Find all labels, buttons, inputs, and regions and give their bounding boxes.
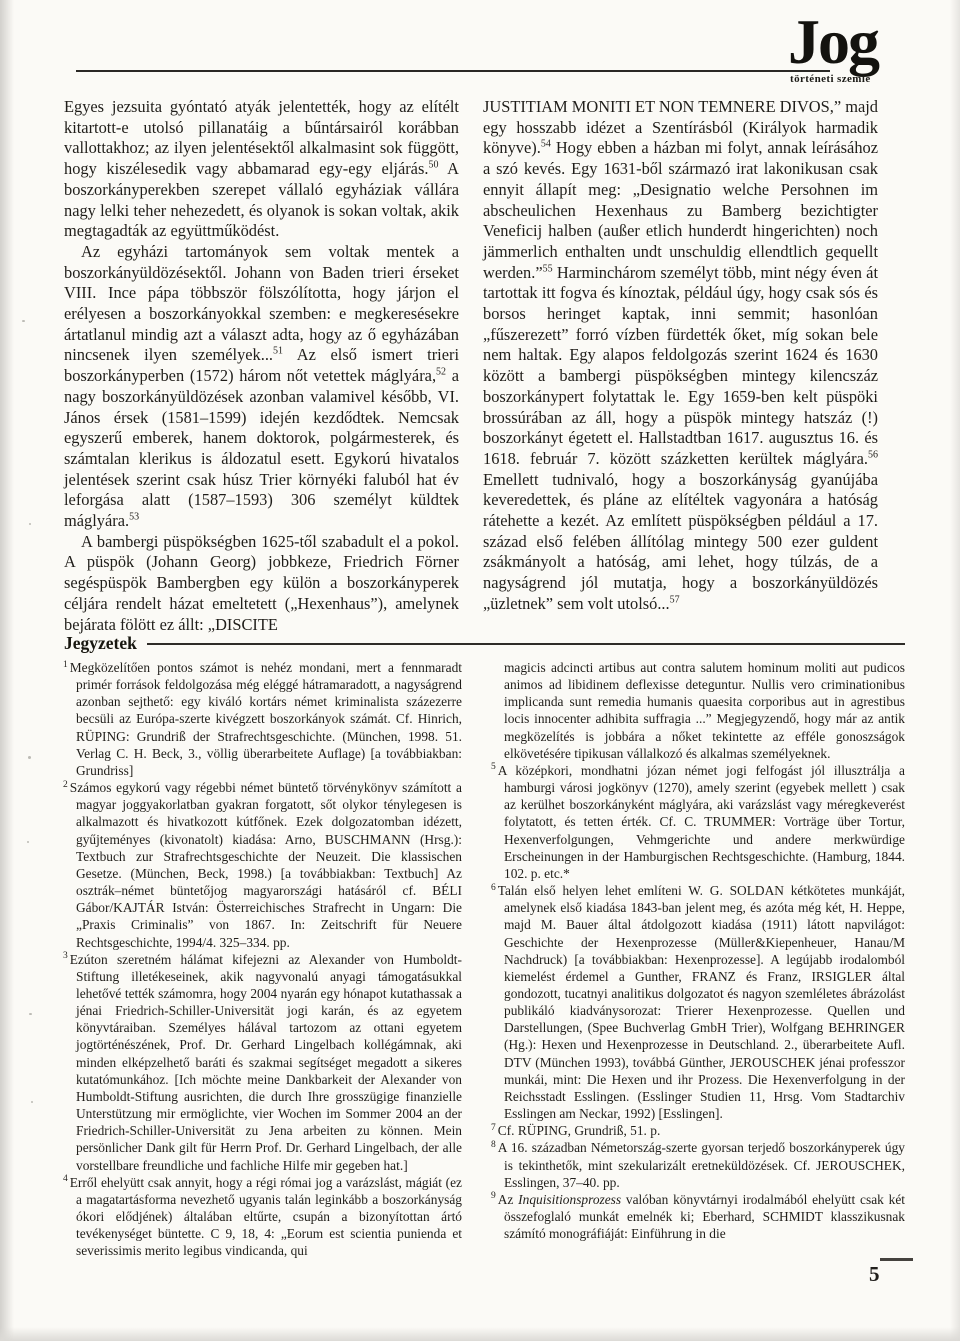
- text-run: Erről ehelyütt csak annyit, hogy a régi …: [70, 1175, 462, 1259]
- footnote-number: 2: [63, 780, 70, 790]
- footnote-number: 5: [491, 762, 498, 772]
- text-run: a nagy boszorkányüldözések azonban valam…: [64, 366, 459, 530]
- text-run: Az: [498, 1192, 518, 1207]
- footnote-item: magicis adcincti artibus aut contra salu…: [491, 659, 905, 762]
- scan-speck: [28, 756, 31, 759]
- footnote-item: 6Talán első helyen lehet említeni W. G. …: [491, 882, 905, 1122]
- journal-page: Jog történeti szemle Egyes jezsuita gyón…: [0, 0, 960, 1341]
- text-run: Ezúton szeretném hálámat kifejezni az Al…: [70, 952, 462, 1173]
- journal-subtitle: történeti szemle: [790, 73, 938, 85]
- footnote-number: 4: [63, 1174, 70, 1184]
- journal-logo: Jog történeti szemle: [788, 13, 938, 85]
- scan-speck: [22, 320, 25, 322]
- footnote-number: 3: [63, 951, 70, 961]
- text-run: Egyes jezsuita gyóntató atyák jelentetté…: [64, 97, 459, 178]
- footnote-number: 7: [491, 1123, 498, 1133]
- journal-title: Jog: [788, 13, 938, 72]
- body-paragraph: Az egyházi tartományok sem voltak mentek…: [64, 242, 459, 532]
- text-run: Cf. RÜPING, Grundriß, 51. p.: [498, 1123, 661, 1138]
- article-column-left: Egyes jezsuita gyóntató atyák jelentetté…: [64, 97, 459, 635]
- footnote-item: 4Erről ehelyütt csak annyit, hogy a régi…: [63, 1174, 462, 1260]
- text-run: Talán első helyen lehet említeni W. G. S…: [498, 883, 905, 1121]
- footnotes-rule: [147, 643, 905, 645]
- footnote-number: 9: [491, 1191, 498, 1201]
- article-column-right: JUSTITIAM MONITI ET NON TEMNERE DIVOS,” …: [483, 97, 878, 635]
- page-number-rule: [880, 1258, 913, 1261]
- scan-speck: [29, 523, 31, 525]
- footnote-reference: 53: [129, 512, 139, 523]
- body-paragraph: A bambergi püspökségben 1625-től szabadu…: [64, 532, 459, 636]
- scan-speck: [27, 841, 29, 843]
- scan-speck: [29, 1013, 32, 1015]
- text-run: Harminchárom személyt több, mint négy év…: [483, 263, 878, 468]
- text-run: Emellett tudnivaló, hogy a boszorkányság…: [483, 470, 878, 613]
- text-run: Számos egykorú vagy régebbi német büntet…: [70, 780, 462, 949]
- footnote-reference: 51: [273, 346, 283, 357]
- footnote-reference: 57: [670, 594, 680, 605]
- page-edge-left: [0, 0, 14, 1341]
- footnote-item: 7Cf. RÜPING, Grundriß, 51. p.: [491, 1122, 905, 1139]
- footnote-item: 5A középkori, mondhatni józan német jogi…: [491, 762, 905, 882]
- text-run: A középkori, mondhatni józan német jogi …: [498, 763, 905, 881]
- footnote-reference: 55: [543, 263, 553, 274]
- footnote-number: 8: [491, 1140, 498, 1150]
- page-edge-bottom: [0, 1327, 960, 1341]
- footnotes-header: Jegyzetek: [64, 633, 905, 654]
- body-paragraph: JUSTITIAM MONITI ET NON TEMNERE DIVOS,” …: [483, 97, 878, 615]
- article-body: Egyes jezsuita gyóntató atyák jelentetté…: [64, 97, 878, 635]
- footnote-item: 9Az Inquisitionsprozess valóban könyvtár…: [491, 1191, 905, 1242]
- footnotes-section: 1Megközelítően pontos számot is nehéz mo…: [63, 659, 905, 1259]
- footnotes-column-left: 1Megközelítően pontos számot is nehéz mo…: [63, 659, 462, 1259]
- footnote-item: 1Megközelítően pontos számot is nehéz mo…: [63, 659, 462, 779]
- footnote-reference: 54: [541, 139, 551, 150]
- italic-text: Inquisitionsprozess: [518, 1192, 621, 1207]
- text-run: Megközelítően pontos számot is nehéz mon…: [70, 660, 462, 778]
- page-number: 5: [869, 1262, 880, 1287]
- footnotes-heading: Jegyzetek: [64, 633, 137, 654]
- body-paragraph: Egyes jezsuita gyóntató atyák jelentetté…: [64, 97, 459, 242]
- footnotes-column-right: magicis adcincti artibus aut contra salu…: [491, 659, 905, 1259]
- footnote-number: 1: [63, 660, 70, 670]
- footnote-item: 3Ezúton szeretném hálámat kifejezni az A…: [63, 951, 462, 1174]
- text-run: Hogy ebben a házban mi folyt, annak leír…: [483, 138, 878, 281]
- page-edge-right: [950, 0, 960, 1341]
- scan-speck: [31, 1101, 33, 1103]
- footnote-reference: 56: [868, 449, 878, 460]
- text-run: A bambergi püspökségben 1625-től szabadu…: [64, 532, 459, 634]
- masthead-rule: [76, 70, 830, 72]
- footnote-item: 2Számos egykorú vagy régebbi német bünte…: [63, 779, 462, 951]
- footnote-reference: 52: [436, 367, 446, 378]
- footnote-number: 6: [491, 883, 498, 893]
- text-run: A 16. században Németország-szerte gyors…: [498, 1140, 905, 1189]
- footnote-reference: 50: [428, 160, 438, 171]
- footnote-item: 8A 16. században Németország-szerte gyor…: [491, 1139, 905, 1190]
- text-run: magicis adcincti artibus aut contra salu…: [504, 660, 905, 761]
